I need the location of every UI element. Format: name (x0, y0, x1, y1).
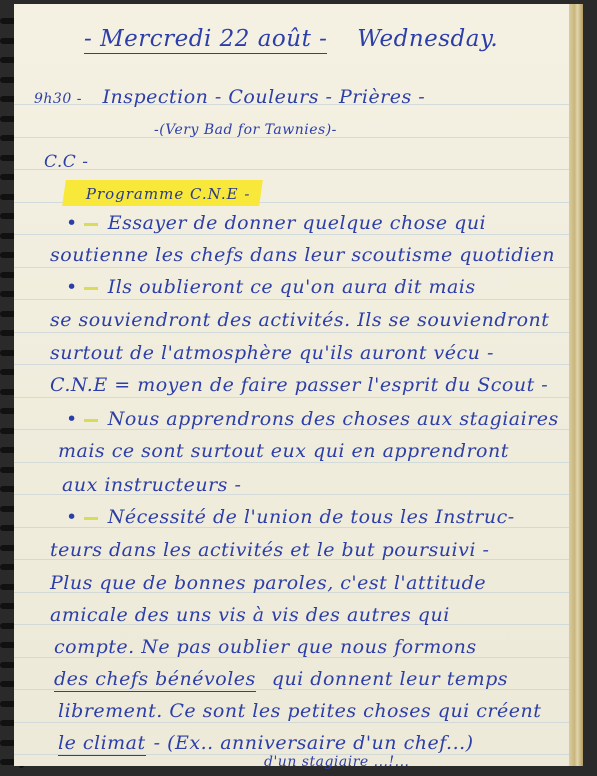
note-text: Plus que de bonnes paroles, c'est l'atti… (50, 572, 486, 594)
note-line: aux instructeurs - (62, 474, 241, 496)
schedule-note: -(Very Bad for Tawnies)- (154, 122, 337, 138)
note-line: des chefs bénévolesqui donnent leur temp… (54, 668, 508, 690)
note-text: Nécessité de l'union de tous les Instruc… (108, 506, 515, 528)
bullet-icon: • (66, 506, 78, 528)
note-line: •Ils oublieront ce qu'on aura dit mais (66, 276, 476, 298)
note-text: se souviendront des activités. Ils se so… (50, 309, 549, 331)
date-heading: - Mercredi 22 août - Wednesday. (84, 26, 498, 52)
note-text: d'un stagiaire ...!... (264, 754, 409, 770)
note-line: amicale des uns vis à vis des autres qui (50, 604, 450, 626)
note-text: mais ce sont surtout eux qui en apprendr… (58, 440, 509, 462)
cc-label: C.C - (44, 152, 88, 172)
highlight-dash (84, 419, 98, 422)
highlight-dash (84, 287, 98, 290)
ruled-line (14, 299, 569, 300)
note-line: d'un stagiaire ...!... (264, 754, 409, 770)
ruled-line (14, 397, 569, 398)
note-line: le climat- (Ex.. anniversaire d'un chef.… (58, 732, 474, 754)
note-text: amicale des uns vis à vis des autres qui (50, 604, 450, 626)
note-line: •Nous apprendrons des choses aux stagiai… (66, 408, 559, 430)
note-text: Essayer de donner quelque chose qui (108, 212, 486, 234)
ruled-line (14, 332, 569, 333)
ruled-line (14, 722, 569, 723)
note-line: soutienne les chefs dans leur scoutisme … (50, 244, 555, 266)
highlight-dash (84, 223, 98, 226)
bullet-icon: • (66, 276, 78, 298)
note-text: teurs dans les activités et le but pours… (50, 539, 489, 561)
note-text: C.N.E = moyen de faire passer l'esprit d… (50, 374, 548, 396)
schedule-line: 9h30 - Inspection - Couleurs - Prières - (34, 86, 425, 108)
bullet-icon: • (66, 212, 78, 234)
section-title: Programme C.N.E - (86, 185, 251, 203)
schedule-time: 9h30 - (34, 91, 82, 107)
ruled-line (14, 169, 569, 170)
ruled-line (14, 234, 569, 235)
schedule-items: Inspection - Couleurs - Prières - (102, 86, 425, 108)
note-text: librement. Ce sont les petites choses qu… (58, 700, 541, 722)
notebook-page: - Mercredi 22 août - Wednesday. 9h30 - I… (14, 4, 583, 766)
date-fr: - Mercredi 22 août - (84, 26, 327, 54)
note-line: teurs dans les activités et le but pours… (50, 539, 489, 561)
ruled-line (14, 267, 569, 268)
note-line: C.N.E = moyen de faire passer l'esprit d… (50, 374, 548, 396)
note-text: surtout de l'atmosphère qu'ils auront vé… (50, 342, 494, 364)
note-line: •Essayer de donner quelque chose qui (66, 212, 486, 234)
bullet-icon: • (66, 408, 78, 430)
note-line: surtout de l'atmosphère qu'ils auront vé… (50, 342, 494, 364)
date-en: Wednesday. (357, 26, 498, 52)
ruled-line (14, 364, 569, 365)
note-text: compte. Ne pas oublier que nous formons (54, 636, 477, 658)
note-text: soutienne les chefs dans leur scoutisme … (50, 244, 555, 266)
page-edge (569, 4, 583, 766)
note-line: librement. Ce sont les petites choses qu… (58, 700, 541, 722)
note-text-underlined: le climat (58, 732, 146, 756)
section-title-highlight: Programme C.N.E - (64, 180, 261, 206)
note-line: mais ce sont surtout eux qui en apprendr… (58, 440, 509, 462)
note-text: Nous apprendrons des choses aux stagiair… (108, 408, 559, 430)
note-line: compte. Ne pas oublier que nous formons (54, 636, 477, 658)
note-text-underlined: des chefs bénévoles (54, 668, 256, 692)
note-line: •Nécessité de l'union de tous les Instru… (66, 506, 515, 528)
note-text: qui donnent leur temps (272, 668, 508, 690)
note-text: aux instructeurs - (62, 474, 241, 496)
note-text: Ils oublieront ce qu'on aura dit mais (108, 276, 476, 298)
note-line: Plus que de bonnes paroles, c'est l'atti… (50, 572, 486, 594)
highlight-dash (84, 517, 98, 520)
note-line: se souviendront des activités. Ils se so… (50, 309, 549, 331)
ruled-line (14, 462, 569, 463)
note-text: - (Ex.. anniversaire d'un chef...) (154, 732, 474, 754)
